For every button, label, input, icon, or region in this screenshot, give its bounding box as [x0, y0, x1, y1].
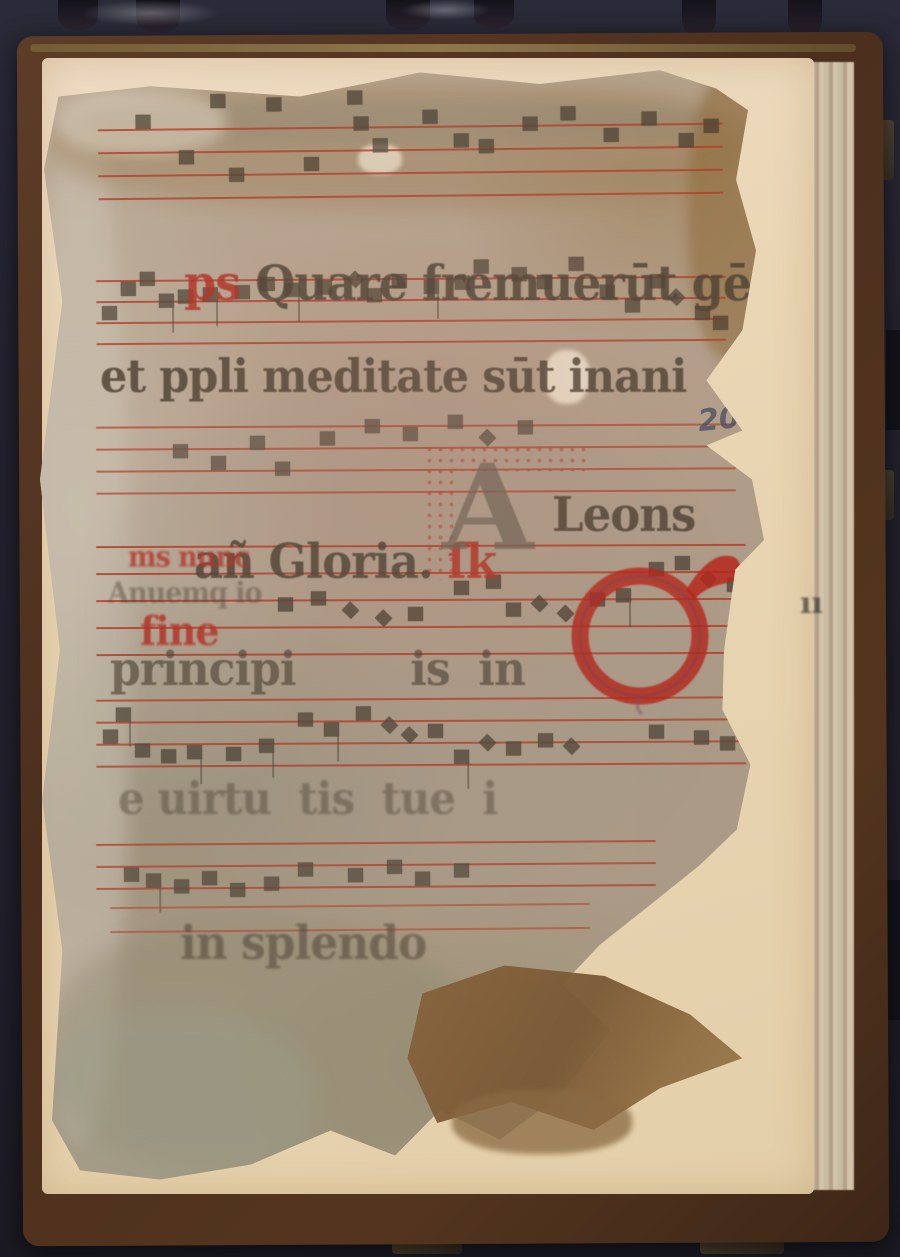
staff-line	[96, 489, 736, 494]
staff	[96, 696, 746, 767]
neume	[121, 282, 136, 296]
neume	[454, 133, 469, 147]
staff	[110, 903, 590, 933]
neume	[537, 275, 552, 289]
staff-line	[96, 625, 746, 629]
neume	[316, 281, 331, 295]
neume	[231, 883, 246, 897]
staff-line	[110, 927, 590, 933]
stain	[50, 80, 750, 210]
neume	[278, 597, 293, 611]
staff-line	[96, 862, 656, 868]
faded-rubric-2: Anuemq io	[108, 577, 262, 610]
staff-line	[96, 696, 746, 701]
neume	[604, 128, 619, 142]
neume	[210, 94, 225, 108]
neume	[408, 607, 423, 621]
chant-line-2: et ppli meditate sūt inani	[100, 351, 687, 404]
faded-rubric-3: fine	[140, 607, 219, 655]
psalm-rubric: ps	[184, 254, 240, 311]
neume	[354, 116, 369, 130]
chalk-smudge	[400, 0, 490, 20]
staff-line	[96, 467, 736, 472]
parchment-hole	[544, 350, 590, 404]
neume	[161, 749, 176, 763]
neume	[679, 133, 694, 147]
neume	[266, 97, 281, 111]
staff-line	[96, 571, 746, 575]
neume	[720, 736, 735, 750]
neume	[486, 575, 501, 589]
neume	[650, 274, 665, 288]
stain	[60, 100, 720, 144]
neume	[102, 306, 117, 320]
parchment-hole	[358, 144, 402, 174]
neume	[590, 592, 605, 606]
staff	[96, 276, 726, 345]
neume	[478, 734, 495, 751]
neume	[124, 868, 139, 882]
neume	[140, 272, 155, 286]
neume	[506, 603, 521, 617]
staff-line	[96, 297, 726, 303]
neume	[211, 456, 226, 470]
chant-line-3: añ Gloria. ſk	[106, 477, 496, 646]
neume	[260, 277, 275, 291]
neume	[387, 860, 402, 874]
staff-line	[96, 276, 726, 282]
neume	[392, 274, 407, 288]
neume	[310, 591, 325, 605]
neume	[203, 287, 218, 301]
faded-rubric-1: ms nunc	[128, 541, 250, 574]
neume	[668, 288, 685, 305]
neume	[202, 871, 217, 885]
neume	[415, 872, 430, 886]
neume	[400, 726, 417, 743]
staff	[96, 544, 746, 656]
neume	[713, 316, 728, 330]
chant-line-1: ps Quare fremuerūt gētes	[94, 197, 824, 369]
neume	[625, 298, 640, 312]
neume	[674, 556, 689, 570]
stain	[100, 380, 700, 900]
staff-line	[96, 652, 746, 656]
red-penwork-dots	[424, 444, 592, 580]
neume	[600, 285, 615, 299]
neume	[264, 877, 279, 891]
staff-line	[96, 598, 746, 602]
neume	[556, 605, 573, 622]
neume	[616, 588, 631, 602]
neume	[453, 581, 468, 595]
staff-line	[98, 192, 723, 201]
neume	[174, 879, 189, 893]
neume	[563, 737, 580, 754]
neume	[648, 562, 663, 576]
neume	[694, 306, 709, 320]
neume	[146, 873, 161, 887]
neume	[560, 106, 575, 120]
neume	[373, 138, 388, 152]
neume	[159, 294, 174, 308]
neume	[285, 283, 300, 297]
rubric-sk: ſk	[447, 533, 496, 589]
staff-line	[96, 423, 736, 428]
gilt-edge	[30, 44, 856, 52]
neume	[347, 91, 362, 105]
neume	[135, 115, 150, 129]
staff-line	[96, 718, 746, 723]
neume	[229, 168, 244, 182]
neume	[568, 257, 583, 271]
staff-line	[96, 884, 656, 890]
neume	[179, 150, 194, 164]
neume	[506, 741, 521, 755]
neume	[511, 267, 526, 281]
background-shadow	[886, 330, 900, 430]
neume	[641, 111, 656, 125]
large-red-initial-q	[544, 538, 754, 722]
cradle-knob	[682, 0, 716, 36]
neume	[356, 706, 371, 720]
neume	[347, 271, 364, 288]
staff	[96, 840, 656, 890]
chant-line-5: e uirtu tis tue i	[118, 773, 497, 825]
neume	[704, 119, 719, 133]
stain	[452, 1090, 632, 1154]
neume	[187, 745, 202, 759]
neume	[374, 609, 391, 626]
neume	[226, 747, 241, 761]
neume	[275, 462, 290, 476]
page-edge-mark: ıı	[800, 586, 823, 621]
neume	[234, 285, 249, 299]
neume	[454, 750, 469, 764]
staff-line	[96, 762, 746, 767]
staff-line	[96, 318, 726, 324]
neume	[115, 708, 130, 722]
neume	[479, 429, 496, 446]
neume	[648, 725, 663, 739]
neume	[422, 110, 437, 124]
stain	[56, 90, 226, 154]
staff-line	[96, 544, 746, 548]
staff-line	[96, 840, 656, 846]
neume	[173, 444, 188, 458]
chalk-smudge	[80, 0, 220, 26]
neume	[694, 730, 709, 744]
chant-line-4: principi is in	[110, 642, 525, 696]
neume	[455, 276, 470, 290]
neume	[249, 436, 264, 450]
neume	[403, 427, 418, 441]
neume	[135, 743, 150, 757]
neume	[102, 730, 117, 744]
neume	[479, 139, 494, 153]
neume	[530, 595, 547, 612]
neume	[323, 722, 338, 736]
neume	[178, 290, 193, 304]
neume	[538, 733, 553, 747]
neume	[448, 415, 463, 429]
neume	[427, 724, 442, 738]
neume	[474, 259, 489, 273]
staff	[96, 423, 736, 494]
neume	[320, 431, 335, 445]
neume	[423, 280, 438, 294]
neume	[342, 602, 359, 619]
neume	[699, 570, 716, 587]
neume	[454, 863, 469, 877]
decorated-initial-a: A	[432, 452, 584, 572]
staff-line	[110, 903, 590, 909]
staff	[98, 123, 724, 201]
staff-line	[98, 123, 723, 132]
neume	[298, 862, 313, 876]
neume	[304, 157, 319, 171]
neume	[348, 868, 363, 882]
manuscript-photograph: ıı ps Quare fremuerūt gētes et ppli medi…	[0, 0, 900, 1257]
staff-line	[96, 339, 726, 345]
neume	[367, 288, 382, 302]
staff-line	[96, 445, 736, 450]
neume	[518, 420, 533, 434]
staff-line	[98, 169, 723, 178]
neume	[259, 739, 274, 753]
neume	[297, 713, 312, 727]
neume	[381, 716, 398, 733]
chant-line-6: in splendo	[180, 916, 426, 970]
staff-line	[98, 146, 723, 155]
chant-line-3-after: Leons	[552, 486, 695, 542]
neume	[523, 117, 538, 131]
neume	[365, 419, 380, 433]
staff-line	[96, 740, 746, 745]
